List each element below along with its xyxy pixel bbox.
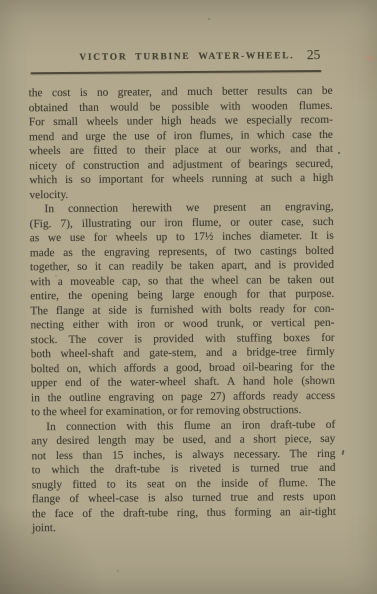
page-body: the cost is no greater, and much better … — [29, 84, 337, 536]
paper-speck — [208, 18, 210, 20]
running-head: VICTOR TURBINE WATER-WHEEL. 25 — [0, 49, 375, 70]
header-rule — [30, 70, 321, 74]
page-number: 25 — [307, 47, 321, 63]
paper-speck — [55, 275, 57, 277]
paragraph: the cost is no greater, and much better … — [29, 84, 334, 202]
paper-speck — [338, 152, 340, 154]
paragraph: In connection with this flume an iron dr… — [31, 417, 336, 535]
page-content: VICTOR TURBINE WATER-WHEEL. 25 the cost … — [0, 0, 377, 594]
scanned-book-page: VICTOR TURBINE WATER-WHEEL. 25 the cost … — [0, 0, 377, 594]
text-line: joint. — [32, 519, 336, 536]
text-line: which is so important for wheels running… — [29, 171, 333, 188]
paper-smudge — [366, 56, 374, 61]
paper-speck — [117, 570, 119, 572]
text-line: the face of the draft-tube ring, thus fo… — [32, 504, 336, 521]
paragraph: In connection herewith we present an eng… — [29, 200, 335, 420]
